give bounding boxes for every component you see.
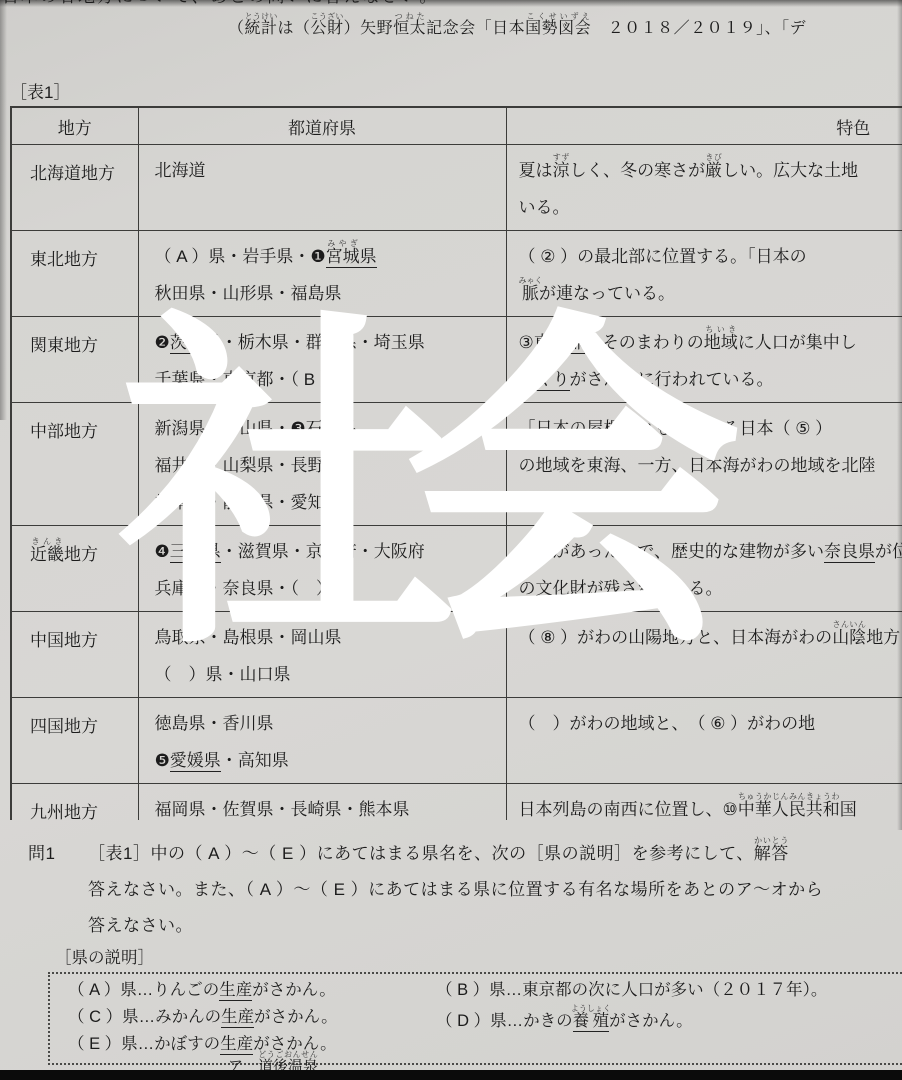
text-line: ［表1］中の（ A ）～（ E ）にあてはまる県名を、次の［県の説明］を参考にし… — [88, 836, 789, 872]
table-header-row: 地方 都道府県 特色 — [11, 107, 902, 145]
text-line: 北海道 — [155, 152, 502, 189]
region-name-cell: 九州地方 — [11, 784, 138, 821]
text-line: （統計とうけいは（公財こうざい）矢野恒太つねた記念会「日本国勢図会こくせいずえ … — [228, 10, 806, 47]
features-cell: （ ）がわの地域と、 （ ⑥ ）がわの地 — [506, 698, 902, 784]
prefectures-cell: 北海道 — [138, 145, 506, 231]
text-line: 四国地方 — [30, 708, 134, 745]
text-line: 東北地方 — [30, 241, 134, 278]
region-name-cell: 四国地方 — [11, 698, 138, 784]
photo-left-edge — [0, 0, 7, 420]
prefectures-cell: 徳島県・香川県❺愛媛県・高知県 — [138, 698, 506, 784]
text-line: （ D ）県…かきの養殖ようしょくがさかん。 — [436, 1004, 693, 1031]
explanation-row: （ A ）県…りんごの生産がさかん。（ B ）県…東京都の次に人口が多い（２０１… — [68, 977, 902, 1004]
shakai-watermark: 社会 — [118, 311, 690, 663]
header-features: 特色 — [506, 107, 902, 145]
features-cell: 夏は涼すずしく、冬の寒さが厳きびしい。広大な土地いる。 — [506, 145, 902, 231]
photo-top-edge — [0, 0, 902, 7]
explanation-row: （ C ）県…みかんの生産がさかん。（ D ）県…かきの養殖ようしょくがさかん。 — [68, 1004, 902, 1031]
question1-continuation: 答えなさい。また、（ A ）～（ E ）にあてはまる県に位置する有名な場所をあと… — [28, 872, 902, 944]
text-line: ❺愛媛県・高知県 — [155, 742, 502, 779]
exam-sheet-photo: 日本の各地方について、あとの問いに答えなさい。 （統計とうけいは（公財こうざい）… — [0, 0, 902, 1080]
text-line: 北海道地方 — [30, 155, 134, 192]
text-line: （ A ）県・岩手県・❶宮城みやぎ県 — [155, 238, 502, 275]
text-line: （ ② ）の最北部に位置する。「日本の — [519, 238, 902, 275]
header-region: 地方 — [11, 107, 138, 145]
question1-block: 問1 ［表1］中の（ A ）～（ E ）にあてはまる県名を、次の［県の説明］を参… — [28, 836, 902, 944]
photo-bottom-edge — [0, 1070, 902, 1080]
text-line: 夏は涼すずしく、冬の寒さが厳きびしい。広大な土地 — [519, 152, 902, 189]
region-row: 北海道地方北海道夏は涼すずしく、冬の寒さが厳きびしい。広大な土地いる。 — [11, 145, 902, 231]
question1-line1: ［表1］中の（ A ）～（ E ）にあてはまる県名を、次の［県の説明］を参考にし… — [88, 836, 789, 872]
region-row: 九州地方福岡県・佐賀県・長崎県・熊本県（ E ）県・宮崎県・鹿児島県沖縄県日本列… — [11, 784, 902, 821]
header-prefectures: 都道府県 — [138, 107, 506, 145]
prefectures-cell: 福岡県・佐賀県・長崎県・熊本県（ E ）県・宮崎県・鹿児島県沖縄県 — [138, 784, 506, 821]
text-line: 日本列島の南西に位置し、⑩中華人民共和ちゅうかじんみんきょうわ国 — [519, 791, 902, 820]
prefecture-explanation-box: （ A ）県…りんごの生産がさかん。（ B ）県…東京都の次に人口が多い（２０１… — [48, 972, 902, 1065]
text-line: いる。 — [519, 189, 902, 226]
text-line: 答えなさい。また、（ A ）～（ E ）にあてはまる県に位置する有名な場所をあと… — [88, 872, 902, 908]
text-line: 福岡県・佐賀県・長崎県・熊本県 — [155, 791, 502, 820]
region-name-cell: 北海道地方 — [11, 145, 138, 231]
text-line: 徳島県・香川県 — [155, 705, 502, 742]
text-line: （ C ）県…みかんの生産がさかん。 — [68, 1004, 436, 1031]
text-line: 答えなさい。 — [88, 908, 902, 944]
photo-right-edge — [897, 0, 902, 830]
prefecture-explanation-label: ［県の説明］ — [55, 944, 154, 968]
statistics-source-line: （統計とうけいは（公財こうざい）矢野恒太つねた記念会「日本国勢図会こくせいずえ … — [228, 10, 806, 47]
explanation-row: （ E ）県…かぼすの生産がさかん。 — [68, 1031, 902, 1058]
text-line: （ ）がわの地域と、 （ ⑥ ）がわの地 — [519, 705, 902, 742]
features-cell: 日本列島の南西に位置し、⑩中華人民共和ちゅうかじんみんきょうわ国蘇山あそや桜さく… — [506, 784, 902, 821]
table1-label: ［表1］ — [10, 78, 70, 103]
question1-number: 問1 — [28, 836, 88, 872]
text-line: 九州地方 — [30, 794, 134, 820]
region-row: 四国地方徳島県・香川県❺愛媛県・高知県（ ）がわの地域と、 （ ⑥ ）がわの地 — [11, 698, 902, 784]
text-line: （ B ）県…東京都の次に人口が多い（２０１７年）。 — [436, 977, 827, 1004]
text-line: （ A ）県…りんごの生産がさかん。 — [68, 977, 436, 1004]
